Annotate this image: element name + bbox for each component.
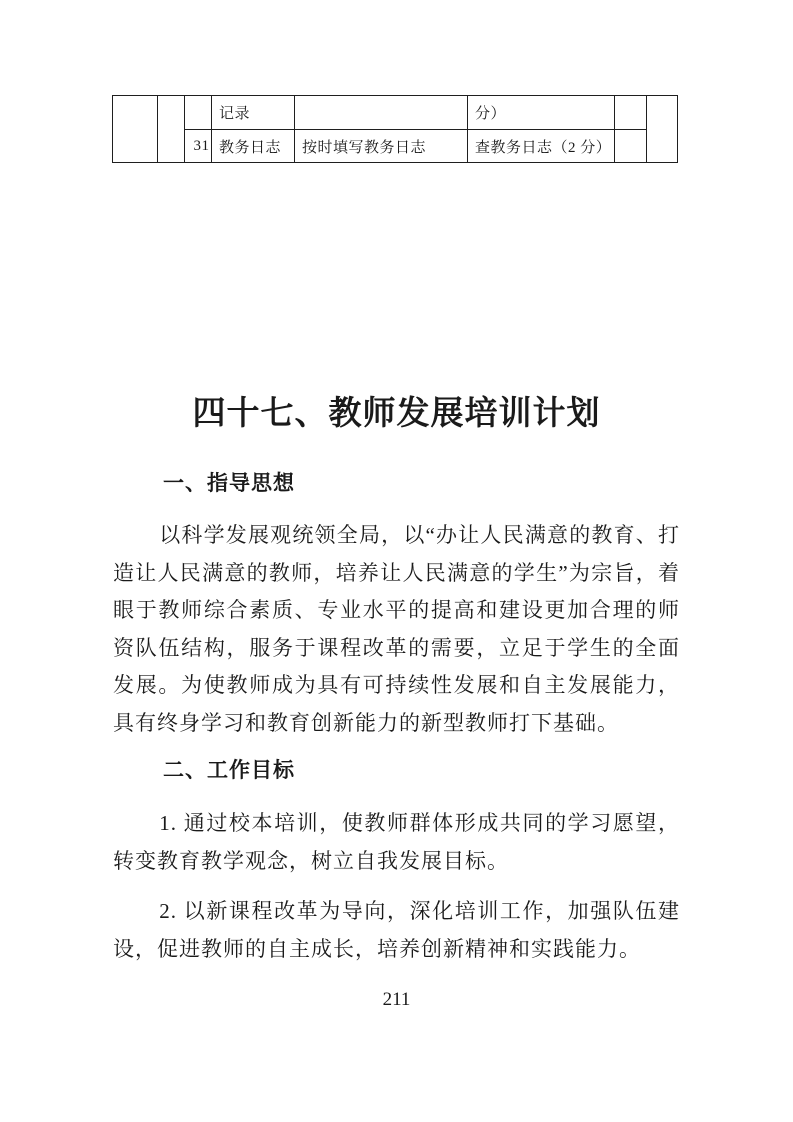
paragraph-guiding-ideology: 以科学发展观统领全局，以“办让人民满意的教育、打造让人民满意的教师，培养让人民满…: [113, 517, 680, 742]
table-cell-check: 查教务日志（2 分）: [468, 130, 615, 163]
table-row: 记录 分）: [113, 96, 678, 130]
table-cell-empty-left-2: [158, 96, 185, 163]
table-cell-item: 教务日志: [212, 130, 295, 163]
table-cell-empty-right-1: [615, 96, 647, 130]
section-heading-guiding-ideology: 一、指导思想: [163, 470, 295, 498]
paragraph-goal-2: 2. 以新课程改革为导向，深化培训工作，加强队伍建设，促进教师的自主成长，培养创…: [113, 893, 680, 968]
table-cell-number: 31: [185, 130, 212, 163]
assessment-table: 记录 分） 31 教务日志 按时填写教务日志 查教务日志（2 分）: [112, 95, 678, 163]
table-row: 31 教务日志 按时填写教务日志 查教务日志（2 分）: [113, 130, 678, 163]
table-cell-empty-right-1: [615, 130, 647, 163]
table-cell-content: [295, 96, 468, 130]
document-page: 记录 分） 31 教务日志 按时填写教务日志 查教务日志（2 分） 四十七、教师…: [0, 0, 793, 1122]
table-cell-number: [185, 96, 212, 130]
table-cell-item: 记录: [212, 96, 295, 130]
page-title: 四十七、教师发展培训计划: [0, 392, 793, 434]
page-number: 211: [0, 988, 793, 1012]
table-cell-content: 按时填写教务日志: [295, 130, 468, 163]
table-cell-empty-right-2: [647, 96, 678, 163]
paragraph-goal-1: 1. 通过校本培训，使教师群体形成共同的学习愿望，转变教育教学观念，树立自我发展…: [113, 805, 680, 880]
table-cell-empty-left-1: [113, 96, 158, 163]
section-heading-work-goals: 二、工作目标: [163, 757, 295, 785]
table-cell-check: 分）: [468, 96, 615, 130]
